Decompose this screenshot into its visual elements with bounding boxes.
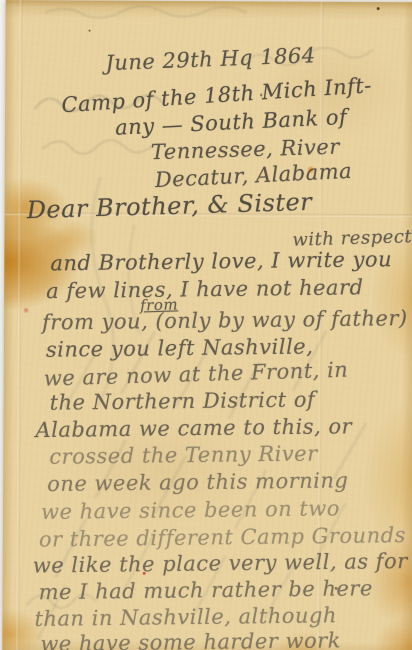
letter-body-line: one week ago this morning bbox=[47, 470, 348, 495]
letter-body-line: a few lines, I have not heard bbox=[46, 277, 364, 302]
letter-body-line: the Northern District of bbox=[49, 389, 315, 413]
letter-body-line: we like the place very well, as for bbox=[33, 551, 408, 577]
ink-speck bbox=[89, 30, 91, 32]
letter-body-line: since you left Nashville, bbox=[46, 336, 314, 360]
letter-body-line: crossed the Tenny River bbox=[49, 443, 318, 467]
letter-body-line: and Brotherly love, I write you bbox=[50, 249, 392, 274]
letter-body-line: than in Nashville, although bbox=[34, 605, 337, 630]
letter-body-line: from you, (only by way of father) bbox=[42, 308, 408, 333]
letter-body-line: we have some harder work bbox=[40, 630, 341, 650]
letter-body-line: we have since been on two bbox=[41, 498, 340, 523]
ink-speck bbox=[377, 7, 380, 10]
letter-body-line: me I had much rather be here bbox=[39, 578, 373, 603]
letter-paper: June 29th Hq 1864 Camp of the 18th Mich … bbox=[2, 0, 412, 650]
letter-heading-line: Tennessee, River bbox=[151, 137, 340, 164]
letter-body-line: Alabama we came to this, or bbox=[35, 416, 352, 441]
letter-body-line: with respect bbox=[292, 228, 412, 250]
letter-body-line: or three different Camp Grounds bbox=[39, 525, 406, 550]
